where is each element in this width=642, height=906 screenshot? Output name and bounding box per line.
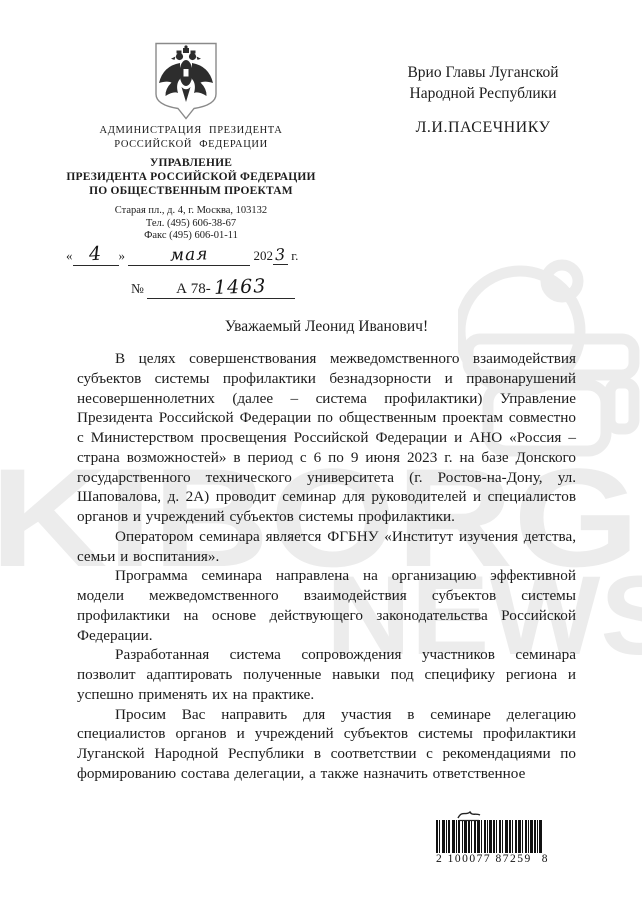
org-name: АДМИНИСТРАЦИЯ ПРЕЗИДЕНТА РОССИЙСКОЙ ФЕДЕ… [40, 124, 342, 152]
recipient-name: Л.И.ПАСЕЧНИКУ [355, 117, 611, 138]
department-name: УПРАВЛЕНИЕ ПРЕЗИДЕНТА РОССИЙСКОЙ ФЕДЕРАЦ… [30, 156, 352, 198]
paragraph: Оператором семинара является ФГБНУ «Инст… [77, 527, 576, 567]
dept-line2: ПРЕЗИДЕНТА РОССИЙСКОЙ ФЕДЕРАЦИИ [30, 170, 352, 184]
paragraph: В целях совершенствования межведомственн… [77, 349, 576, 527]
number-blank: А 78- 1463 [147, 276, 295, 299]
close-quote: » [119, 248, 126, 263]
salutation: Уважаемый Леонид Иванович! [77, 318, 576, 336]
recipient-block: Врио Главы Луганской Народной Республики… [355, 62, 611, 138]
registration-barcode: 2 100077 872598 [436, 820, 556, 865]
document-content: АДМИНИСТРАЦИЯ ПРЕЗИДЕНТА РОССИЙСКОЙ ФЕДЕ… [0, 0, 642, 906]
handwritten-mark-icon [456, 809, 484, 823]
org-name-line1: АДМИНИСТРАЦИЯ ПРЕЗИДЕНТА [40, 124, 342, 138]
handwritten-day: 4 [89, 243, 103, 266]
barcode-check-digit: 8 [542, 853, 549, 865]
paragraph: Программа семинара направлена на организ… [77, 566, 576, 645]
day-blank: 4 [73, 243, 119, 266]
handwritten-year-digit: 3 [275, 245, 286, 265]
phone-line: Тел. (495) 606-38-67 [40, 218, 342, 231]
handwritten-number: 1463 [214, 275, 267, 299]
letter-body: В целях совершенствования межведомственн… [77, 349, 576, 784]
month-blank: мая [128, 245, 250, 266]
recipient-title-line1: Врио Главы Луганской [355, 62, 611, 83]
year-suffix: г. [291, 248, 298, 263]
dept-line1: УПРАВЛЕНИЕ [30, 156, 352, 170]
fax-line: Факс (495) 606-01-11 [40, 230, 342, 243]
paragraph: Просим Вас направить для участия в семин… [77, 705, 576, 784]
paragraph: Разработанная система сопровождения учас… [77, 645, 576, 704]
barcode-digits: 2 100077 872598 [436, 853, 556, 865]
number-line: № А 78- 1463 [131, 276, 295, 299]
number-typed: А 78- [176, 281, 211, 297]
scanned-letter-page: KIBORG NEWS АДМИНИСТРАЦИЯ ПРЕЗИДЕНТА РОС… [0, 0, 642, 906]
contact-block: Старая пл., д. 4, г. Москва, 103132 Тел.… [40, 205, 342, 243]
number-sign: № [131, 281, 144, 296]
address-line: Старая пл., д. 4, г. Москва, 103132 [40, 205, 342, 218]
recipient-title-line2: Народной Республики [355, 83, 611, 104]
handwritten-month: мая [170, 244, 209, 265]
org-name-line2: РОССИЙСКОЙ ФЕДЕРАЦИИ [40, 138, 342, 152]
year-prefix: 202 [254, 248, 274, 263]
date-line: «4» мая 2023 г. [66, 243, 326, 266]
barcode-bars [436, 820, 544, 853]
year-digit-blank: 3 [273, 245, 288, 265]
russia-coat-of-arms-icon [154, 42, 218, 120]
dept-line3: ПО ОБЩЕСТВЕННЫМ ПРОЕКТАМ [30, 184, 352, 198]
